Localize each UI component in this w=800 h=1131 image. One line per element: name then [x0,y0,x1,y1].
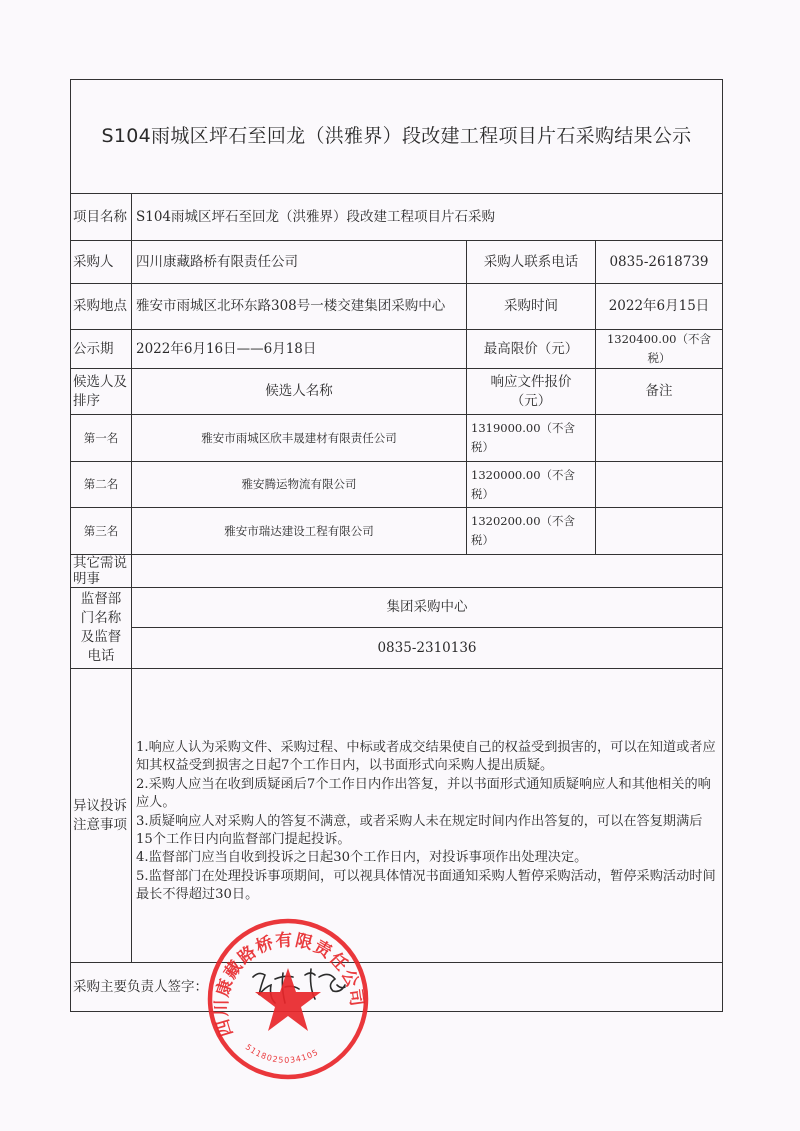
candidate-price: 1320200.00（不含税） [467,508,596,555]
supervision-label: 监督部门名称及监督电话 [71,588,132,669]
page-title: S104雨城区坪石至回龙（洪雅界）段改建工程项目片石采购结果公示 [71,80,723,194]
candidate-price: 1320000.00（不含税） [467,462,596,508]
candidate-row: 第三名 雅安市瑞达建设工程有限公司 1320200.00（不含税） [71,508,723,555]
signature-label: 采购主要负责人签字： [73,979,208,995]
location-label: 采购地点 [71,284,132,330]
candidate-remark [596,415,723,462]
objection-item: 2.采购人应当在收到质疑函后7个工作日内作出答复，并以书面形式通知质疑响应人和其… [136,776,718,813]
other-notes-value [132,555,723,588]
supervision-phone: 0835-2310136 [132,628,723,669]
max-price-label: 最高限价（元） [467,330,596,369]
objection-item: 3.质疑响应人对采购人的答复不满意，或者采购人未在规定时间内作出答复的，可以在答… [136,813,718,850]
candidate-price: 1319000.00（不含税） [467,415,596,462]
candidate-row: 第二名 雅安腾运物流有限公司 1320000.00（不含税） [71,462,723,508]
candidate-rank: 第二名 [71,462,132,508]
seal-serial: 5118025034105 [244,1042,321,1064]
candidate-rank: 第三名 [71,508,132,555]
purchaser-phone-label: 采购人联系电话 [467,241,596,284]
candidate-name: 雅安市瑞达建设工程有限公司 [132,508,467,555]
objection-label: 异议投诉注意事项 [71,669,132,963]
location-value: 雅安市雨城区北环东路308号一楼交建集团采购中心 [132,284,467,330]
candidate-row: 第一名 雅安市雨城区欣丰晟建材有限责任公司 1319000.00（不含税） [71,415,723,462]
signature-row: 采购主要负责人签字： [71,963,723,1012]
svg-text:5118025034105: 5118025034105 [244,1042,321,1064]
candidate-remark [596,462,723,508]
objection-item: 5.监督部门在处理投诉事项期间，可以视具体情况书面通知采购人暂停采购活动，暂停采… [136,868,718,905]
candidate-rank: 第一名 [71,415,132,462]
publicity-period-label: 公示期 [71,330,132,369]
objection-item: 4.监督部门应当自收到投诉之日起30个工作日内，对投诉事项作出处理决定。 [136,849,718,867]
other-notes-label: 其它需说明事 [71,555,132,588]
supervision-department: 集团采购中心 [132,588,723,628]
announcement-table: S104雨城区坪石至回龙（洪雅界）段改建工程项目片石采购结果公示 项目名称 S1… [70,79,723,1012]
project-name-value: S104雨城区坪石至回龙（洪雅界）段改建工程项目片石采购 [132,194,723,241]
purchaser-value: 四川康藏路桥有限责任公司 [132,241,467,284]
purchaser-label: 采购人 [71,241,132,284]
project-name-label: 项目名称 [71,194,132,241]
candidate-remark-header: 备注 [596,369,723,415]
candidate-price-header: 响应文件报价（元） [467,369,596,415]
max-price-value: 1320400.00（不含税） [596,330,723,369]
purchaser-phone-value: 0835-2618739 [596,241,723,284]
candidate-remark [596,508,723,555]
candidate-rank-header: 候选人及排序 [71,369,132,415]
objection-item: 1.响应人认为采购文件、采购过程、中标或者成交结果使自己的权益受到损害的，可以在… [136,739,718,776]
candidate-name: 雅安腾运物流有限公司 [132,462,467,508]
candidate-name-header: 候选人名称 [132,369,467,415]
publicity-period-value: 2022年6月16日——6月18日 [132,330,467,369]
purchase-time-label: 采购时间 [467,284,596,330]
objection-notes: 1.响应人认为采购文件、采购过程、中标或者成交结果使自己的权益受到损害的，可以在… [132,669,723,963]
purchase-time-value: 2022年6月15日 [596,284,723,330]
candidate-name: 雅安市雨城区欣丰晟建材有限责任公司 [132,415,467,462]
